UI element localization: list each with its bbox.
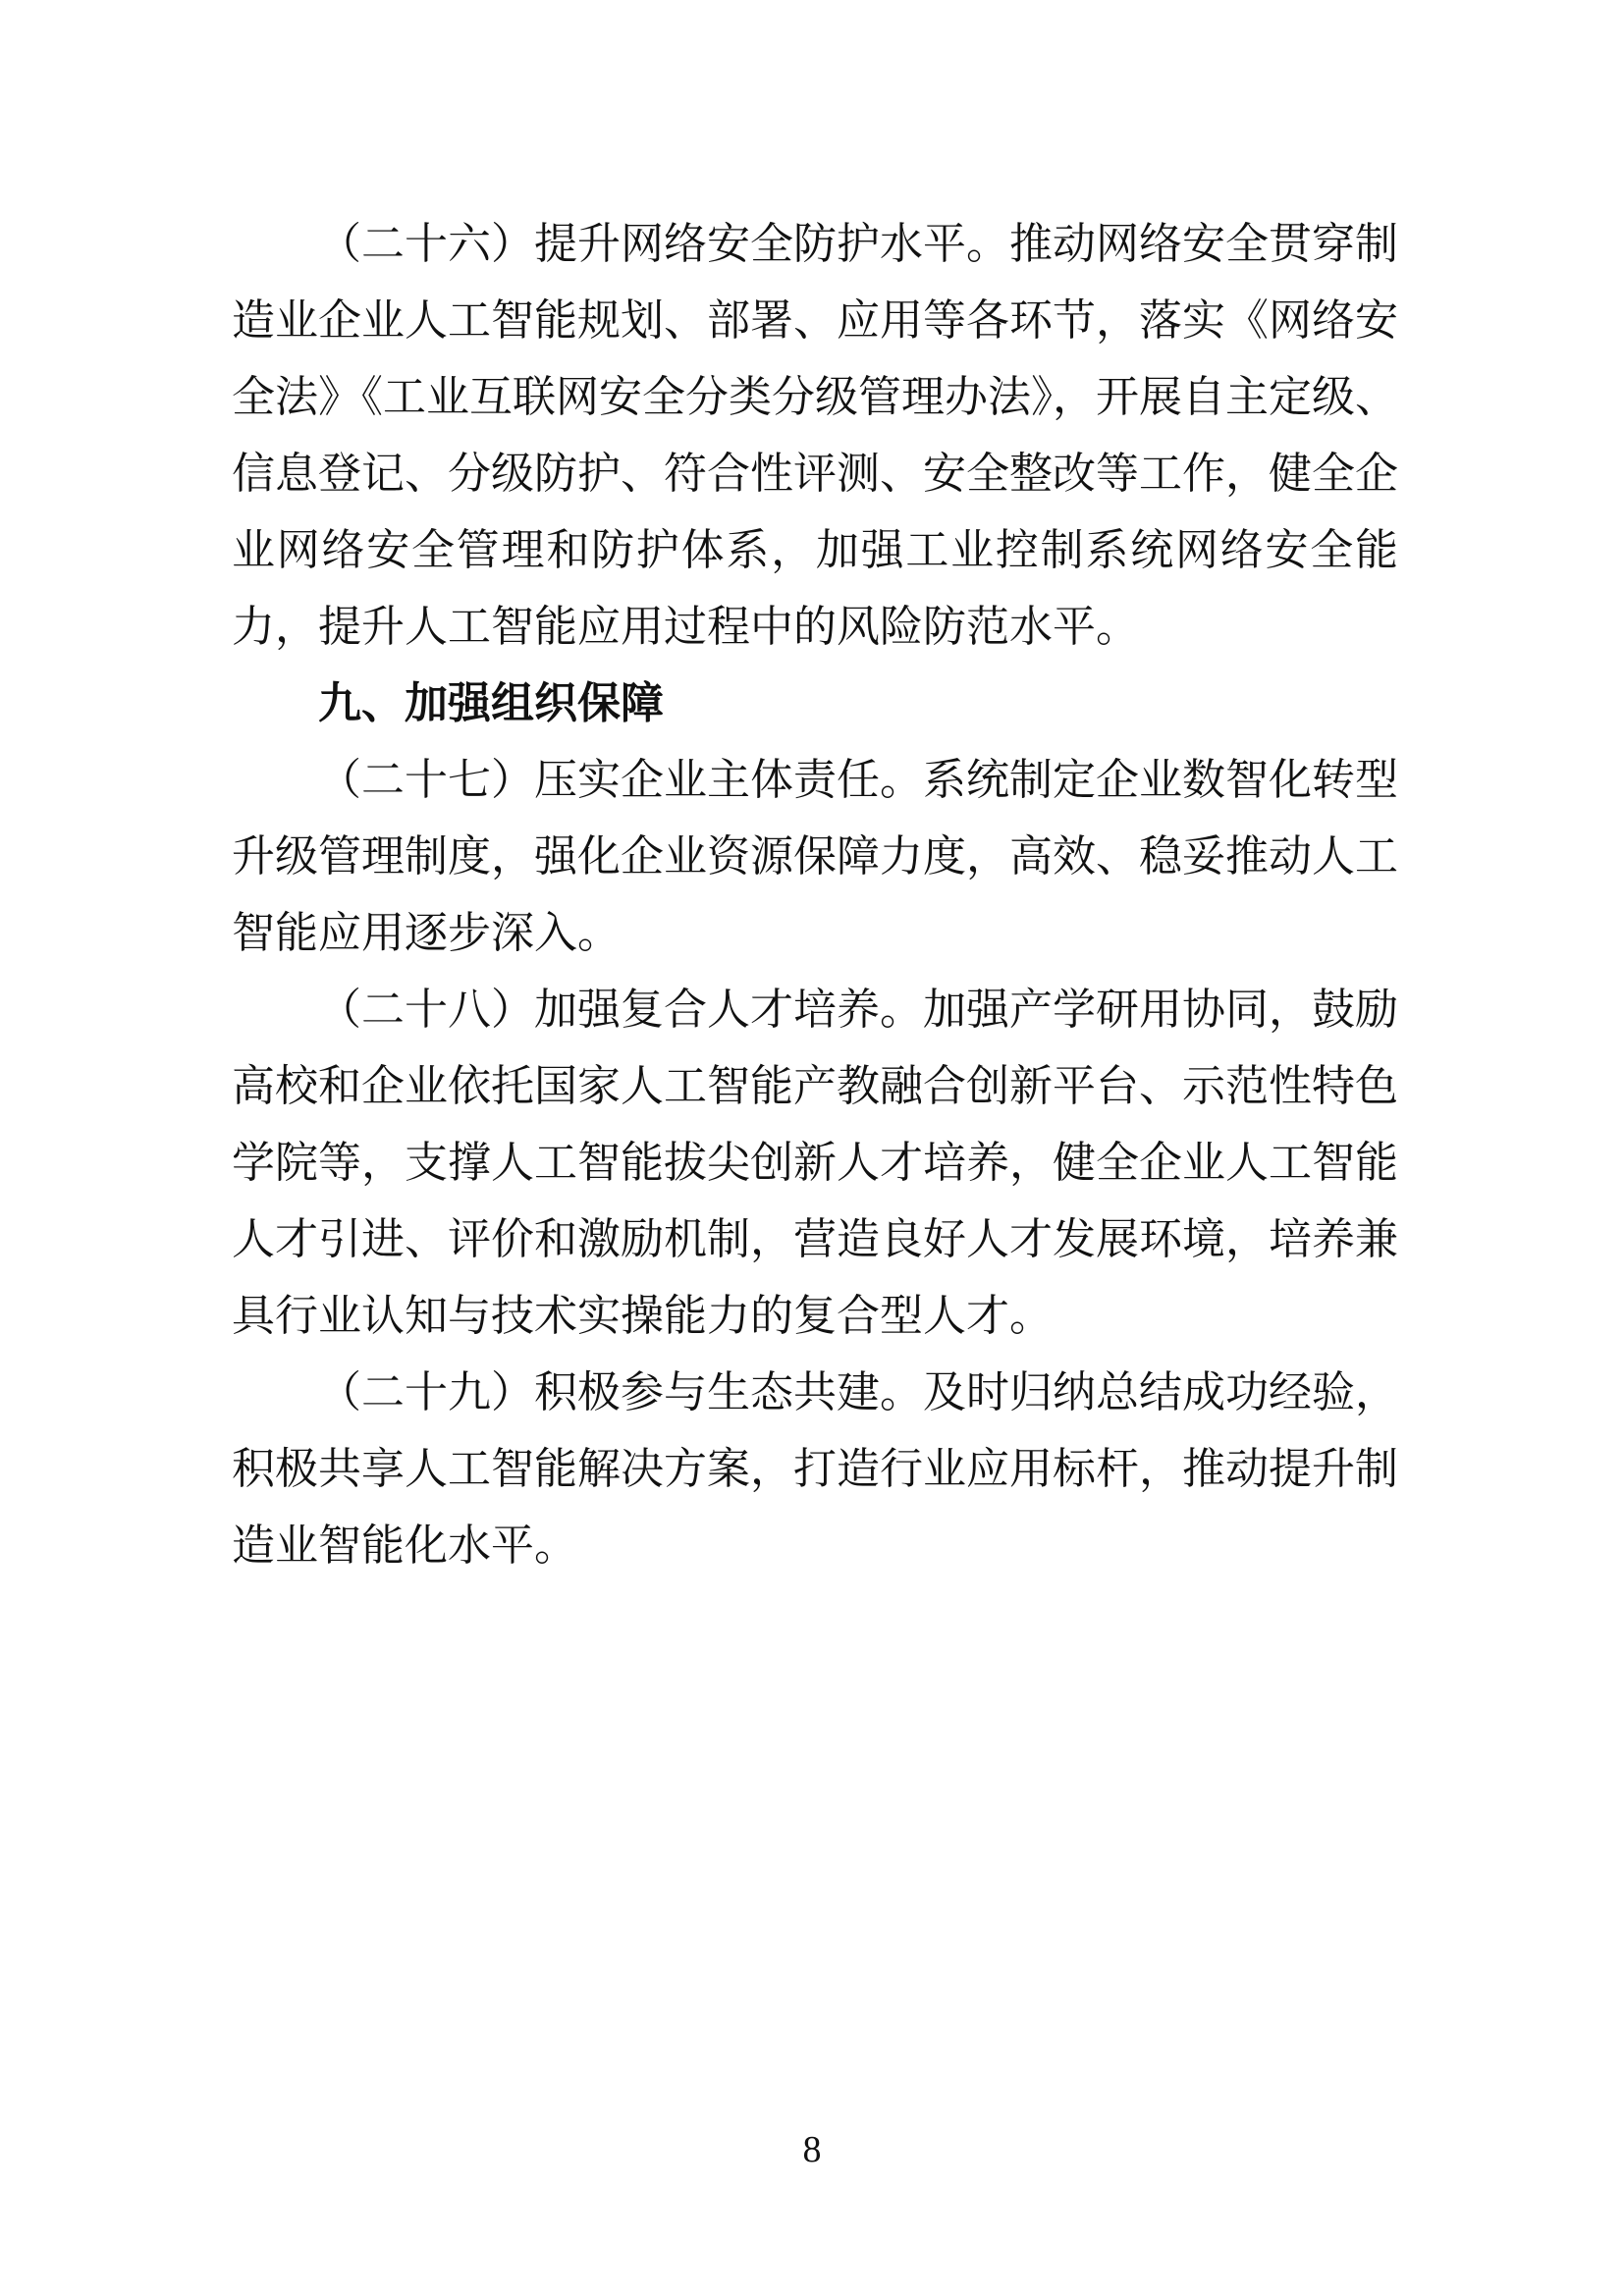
- page-footer: 8: [0, 2128, 1624, 2171]
- paragraph-28: （二十八）加强复合人才培养。加强产学研用协同，鼓励高校和企业依托国家人工智能产教…: [232, 972, 1398, 1355]
- paragraph-27: （二十七）压实企业主体责任。系统制定企业数智化转型升级管理制度，强化企业资源保障…: [232, 742, 1398, 972]
- document-page: （二十六）提升网络安全防护水平。推动网络安全贯穿制造业企业人工智能规划、部署、应…: [0, 0, 1624, 2296]
- paragraph-26: （二十六）提升网络安全防护水平。推动网络安全贯穿制造业企业人工智能规划、部署、应…: [232, 206, 1398, 666]
- section-heading-9: 九、加强组织保障: [232, 666, 1398, 742]
- document-body: （二十六）提升网络安全防护水平。推动网络安全贯穿制造业企业人工智能规划、部署、应…: [232, 206, 1398, 1584]
- paragraph-29: （二十九）积极参与生态共建。及时归纳总结成功经验，积极共享人工智能解决方案，打造…: [232, 1355, 1398, 1584]
- page-number: 8: [803, 2129, 822, 2170]
